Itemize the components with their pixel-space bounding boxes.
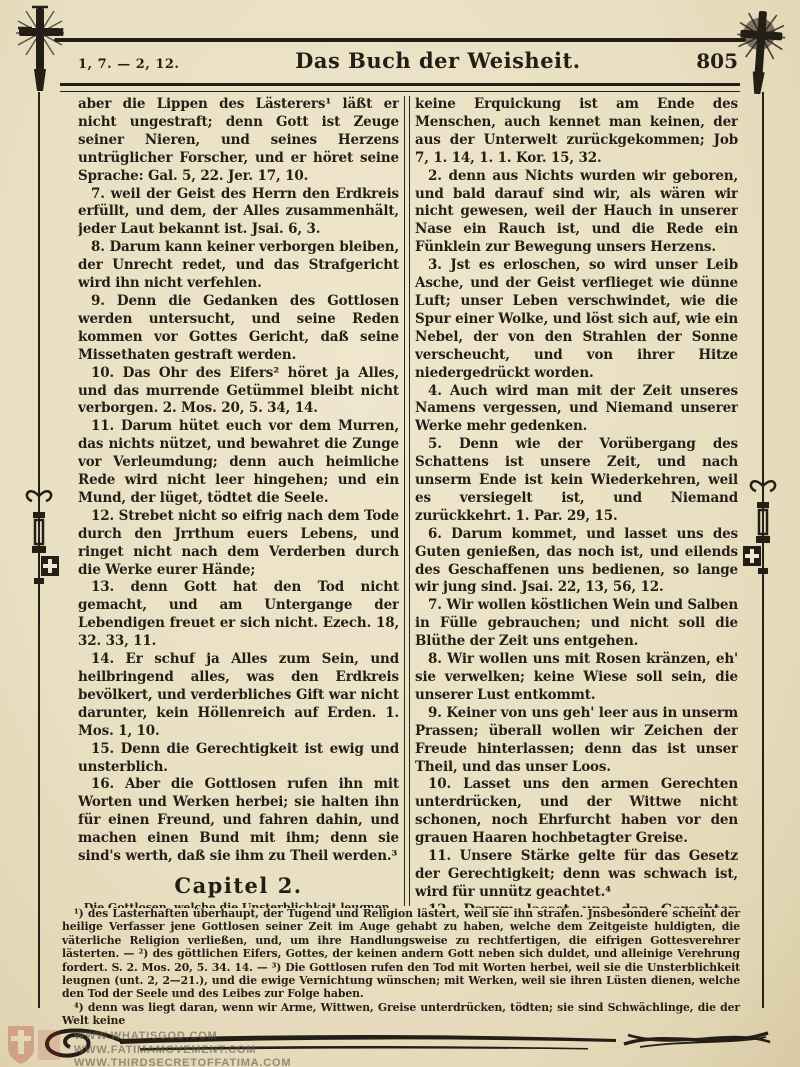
top-border-rule — [54, 38, 746, 42]
chapter-heading: Capitel 2. — [78, 873, 399, 898]
verse-paragraph: aber die Lippen des Lästerers¹ läßt er n… — [78, 96, 399, 186]
verse-paragraph: keine Erquickung ist am Ende des Mensche… — [415, 96, 738, 168]
verse-paragraph: 5. Denn wie der Vorübergang des Schatten… — [415, 436, 738, 526]
verse-paragraph: 15. Denn die Gerechtigkeit ist ewig und … — [78, 741, 399, 777]
verse-paragraph: 12. Strebet nicht so eifrig nach dem Tod… — [78, 508, 399, 580]
publisher-stamp-icon — [4, 1024, 66, 1067]
verse-paragraph: 11. Unsere Stärke gelte für das Gesetz d… — [415, 848, 738, 902]
verse-paragraph: 8. Darum kann keiner verborgen bleiben, … — [78, 239, 399, 293]
edge-scepter-ornament-icon — [742, 472, 782, 616]
footnotes-block: ¹) des Lasterhaften überhaupt, der Tugen… — [62, 907, 740, 1028]
verse-paragraph: 14. Er schuf ja Alles zum Sein, und heil… — [78, 651, 399, 741]
left-column: aber die Lippen des Lästerers¹ läßt er n… — [78, 96, 399, 908]
watermark-line: WWW.THIRDSECRETOFFATIMA.COM — [74, 1057, 291, 1067]
verse-paragraph: 6. Darum kommet, und lasset uns des Gute… — [415, 526, 738, 598]
header-verse-range: 1, 7. — 2, 12. — [78, 57, 179, 72]
verse-paragraph: 3. Jst es erloschen, so wird unser Leib … — [415, 257, 738, 382]
verse-paragraph: 10. Lasset uns den armen Gerechten unter… — [415, 776, 738, 848]
verse-paragraph: 7. weil der Geist des Herrn den Erdkreis… — [78, 186, 399, 240]
watermark: WWW.WHATISGOD.COM WWW.FATIMAMOVEMENT.COM… — [74, 1030, 291, 1067]
verse-paragraph: 11. Darum hütet euch vor dem Murren, das… — [78, 418, 399, 508]
page-number: 805 — [696, 49, 738, 73]
verse-paragraph: 4. Auch wird man mit der Zeit unseres Na… — [415, 383, 738, 437]
verse-paragraph: 16. Aber die Gottlosen rufen ihn mit Wor… — [78, 776, 399, 866]
footnote-item: ¹) des Lasterhaften überhaupt, der Tugen… — [62, 907, 740, 1001]
verse-paragraph: 8. Wir wollen uns mit Rosen kränzen, eh'… — [415, 651, 738, 705]
verse-paragraph: 9. Denn die Gedanken des Gottlosen werde… — [78, 293, 399, 365]
column-divider-rule — [404, 96, 410, 906]
edge-scepter-ornament-icon — [20, 482, 60, 626]
verse-paragraph: 9. Keiner von uns geh' leer aus in unser… — [415, 705, 738, 777]
text-columns: aber die Lippen des Lästerers¹ läßt er n… — [78, 96, 738, 908]
right-column: keine Erquickung ist am Ende des Mensche… — [415, 96, 738, 908]
verse-paragraph: 13. denn Gott hat den Tod nicht gemacht,… — [78, 579, 399, 651]
page-title: Das Buch der Weisheit. — [179, 48, 696, 73]
page-header: 1, 7. — 2, 12. Das Buch der Weisheit. 80… — [78, 48, 738, 73]
watermark-line: WWW.FATIMAMOVEMENT.COM — [74, 1044, 291, 1058]
watermark-line: WWW.WHATISGOD.COM — [74, 1030, 291, 1044]
header-double-rule — [60, 83, 740, 92]
verse-paragraph: 7. Wir wollen köstlichen Wein und Salben… — [415, 597, 738, 651]
scanned-book-page: 1, 7. — 2, 12. Das Buch der Weisheit. 80… — [0, 0, 800, 1067]
verse-paragraph: 2. denn aus Nichts wurden wir geboren, u… — [415, 168, 738, 258]
verse-paragraph: 10. Das Ohr des Eifers² höret ja Alles, … — [78, 365, 399, 419]
